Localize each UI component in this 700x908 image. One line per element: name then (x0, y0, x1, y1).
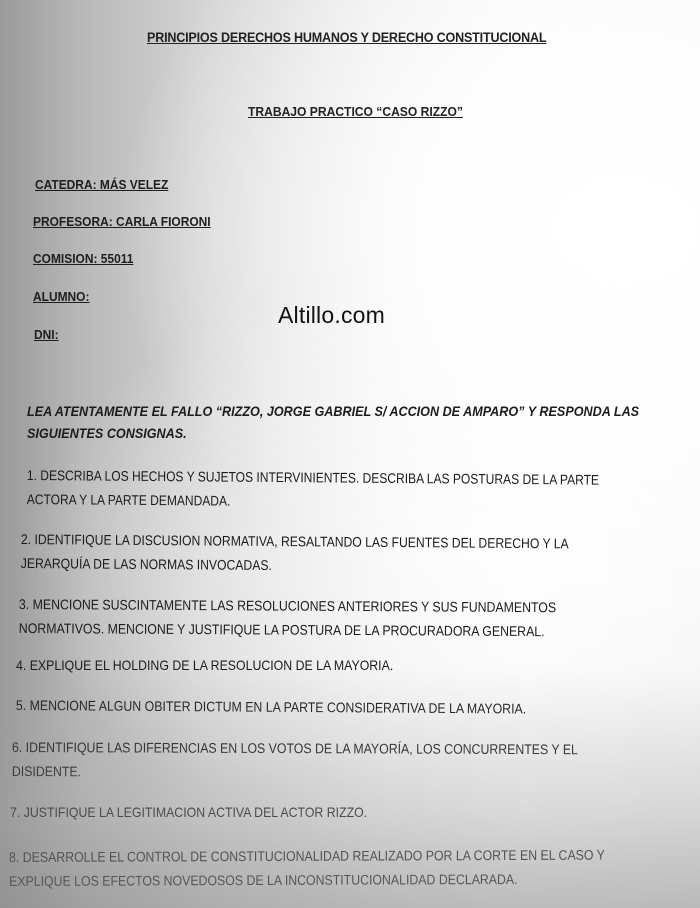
instructions: LEA ATENTAMENTE EL FALLO “RIZZO, JORGE G… (27, 400, 648, 444)
question-3: 3. MENCIONE SUSCINTAMENTE LAS RESOLUCION… (19, 592, 670, 644)
scanned-document-page: PRINCIPIOS DERECHOS HUMANOS Y DERECHO CO… (0, 0, 700, 908)
question-8: 8. DESARROLLE EL CONTROL DE CONSTITUCION… (9, 842, 700, 893)
question-5: 5. MENCIONE ALGUN OBITER DICTUM EN LA PA… (16, 693, 650, 721)
question-3-line-2: NORMATIVOS. MENCIONE Y JUSTIFIQUE LA POS… (19, 616, 670, 644)
question-7-line-1: 7. JUSTIFIQUE LA LEGITIMACION ACTIVA DEL… (10, 804, 367, 820)
document-title: PRINCIPIOS DERECHOS HUMANOS Y DERECHO CO… (147, 30, 546, 45)
question-7: 7. JUSTIFIQUE LA LEGITIMACION ACTIVA DEL… (10, 800, 538, 824)
question-1-line-1: 1. DESCRIBA LOS HECHOS Y SUJETOS INTERVI… (27, 467, 599, 488)
watermark: Altillo.com (278, 302, 385, 329)
question-2: 2. IDENTIFIQUE LA DISCUSION NORMATIVA, R… (21, 527, 665, 580)
question-5-line-1: 5. MENCIONE ALGUN OBITER DICTUM EN LA PA… (16, 697, 526, 717)
question-8-line-2: EXPLIQUE LOS EFECTOS NOVEDOSOS DE LA INC… (9, 866, 700, 893)
question-8-line-1: 8. DESARROLLE EL CONTROL DE CONSTITUCION… (9, 847, 605, 865)
meta-comision: COMISION: 55011 (33, 251, 133, 266)
meta-profesora: PROFESORA: CARLA FIORONI (33, 214, 211, 229)
question-3-line-1: 3. MENCIONE SUSCINTAMENTE LAS RESOLUCION… (19, 596, 556, 615)
question-1: 1. DESCRIBA LOS HECHOS Y SUJETOS INTERVI… (27, 463, 664, 516)
question-6: 6. IDENTIFIQUE LAS DIFERENCIAS EN LOS VO… (12, 735, 681, 786)
meta-dni: DNI: (34, 327, 59, 342)
question-2-line-2: JERARQUÍA DE LAS NORMAS INVOCADAS. (21, 551, 665, 580)
meta-catedra: CATEDRA: MÁS VELEZ (35, 177, 168, 192)
question-6-line-1: 6. IDENTIFIQUE LAS DIFERENCIAS EN LOS VO… (12, 739, 578, 757)
question-1-line-2: ACTORA Y LA PARTE DEMANDADA. (27, 487, 664, 516)
question-6-line-2: DISIDENTE. (12, 759, 681, 786)
question-4-line-1: 4. EXPLIQUE EL HOLDING DE LA RESOLUCION … (16, 657, 393, 673)
document-subtitle: TRABAJO PRACTICO “CASO RIZZO” (248, 104, 463, 119)
question-2-line-1: 2. IDENTIFIQUE LA DISCUSION NORMATIVA, R… (21, 531, 569, 551)
meta-alumno: ALUMNO: (33, 289, 89, 304)
question-4: 4. EXPLIQUE EL HOLDING DE LA RESOLUCION … (16, 653, 544, 677)
